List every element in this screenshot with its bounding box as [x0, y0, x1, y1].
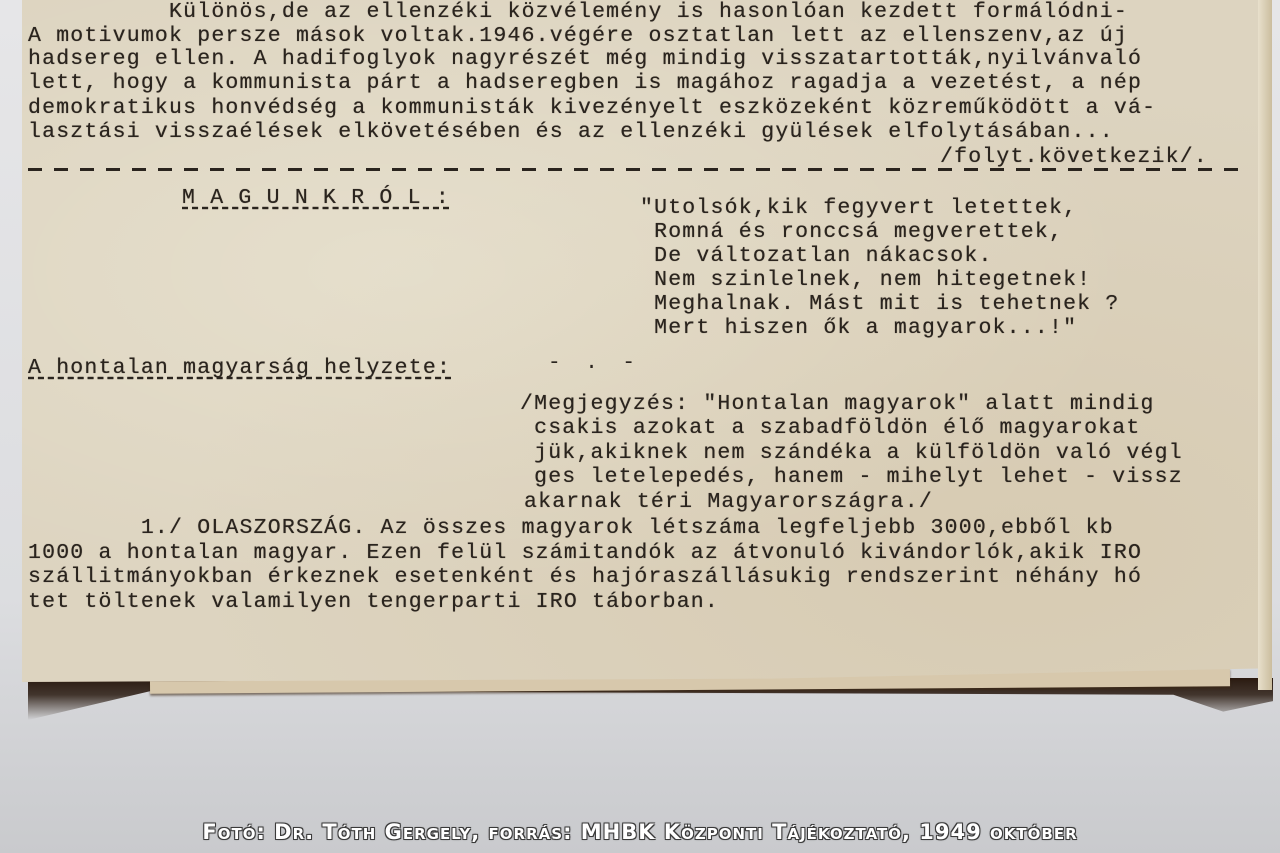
- poem-line: De változatlan nákacsok.: [640, 244, 993, 268]
- poem-line: Nem szinlelnek, nem hitegetnek!: [640, 268, 1091, 292]
- text-line: 1000 a hontalan magyar. Ezen felül számi…: [28, 541, 1142, 565]
- text-line: 1./ OLASZORSZÁG. Az összes magyarok léts…: [28, 516, 1114, 540]
- text-line: lasztási visszaélések elkövetésében és a…: [28, 120, 1114, 144]
- text-line: demokratikus honvédség a kommunisták kiv…: [28, 96, 1156, 120]
- section-heading-magunkrol: M A G U N K R Ó L :: [182, 186, 450, 210]
- page-edge: [1258, 0, 1272, 690]
- note-line: jük,akiknek nem szándéka a külföldön val…: [520, 441, 1183, 465]
- text-line: szállitmányokban érkeznek esetenként és …: [28, 565, 1142, 589]
- text-line: Különös,de az ellenzéki közvélemény is h…: [28, 0, 1128, 24]
- dashed-divider: [28, 168, 1243, 171]
- note-line: /Megjegyzés: "Hontalan magyarok" alatt m…: [520, 392, 1155, 416]
- photo-caption: Fotó: Dr. Tóth Gergely, forrás: MHBK Köz…: [0, 812, 1280, 852]
- text-line: lett, hogy a kommunista párt a hadseregb…: [28, 71, 1142, 95]
- poem-line: "Utolsók,kik fegyvert letettek,: [640, 196, 1077, 220]
- text-line: A motivumok persze mások voltak.1946.vég…: [28, 24, 1128, 48]
- continuation-note: /folyt.következik/.: [940, 145, 1208, 169]
- poem-line: Meghalnak. Mást mit is tehetnek ?: [640, 292, 1119, 316]
- section-heading-hontalan: A hontalan magyarság helyzete:: [28, 356, 451, 380]
- section-separator: - . -: [548, 352, 641, 375]
- text-line: hadsereg ellen. A hadifoglyok nagyrészét…: [28, 47, 1142, 71]
- note-line: akarnak téri Magyarországra./: [524, 490, 933, 514]
- text-line: tet töltenek valamilyen tengerparti IRO …: [28, 590, 719, 614]
- note-line: csakis azokat a szabadföldön élő magyaro…: [520, 416, 1141, 440]
- poem-line: Romná és ronccsá megverettek,: [640, 220, 1063, 244]
- note-line: ges letelepedés, hanem - mihelyt lehet -…: [520, 465, 1183, 489]
- poem-line: Mert hiszen ők a magyarok...!": [640, 316, 1077, 340]
